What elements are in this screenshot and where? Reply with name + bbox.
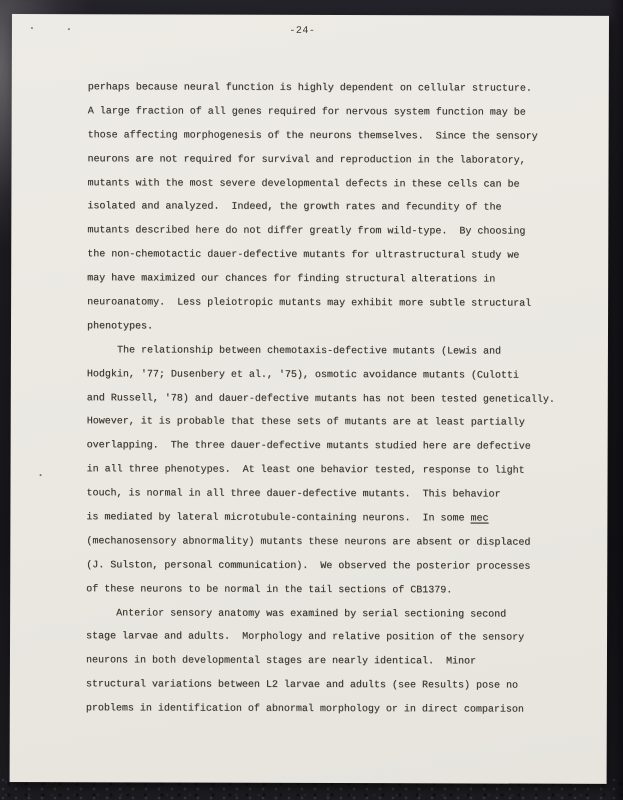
paper-speck	[68, 28, 70, 30]
text-line: mutants described here do not differ gre…	[87, 220, 588, 245]
text-line: Anterior sensory anatomy was examined by…	[86, 602, 587, 627]
background-shadow	[609, 0, 623, 800]
text-line: in all three phenotypes. At least one be…	[87, 458, 588, 483]
text-line: and Russell, '78) and dauer-defective mu…	[87, 387, 588, 412]
text-line: mutants with the most severe development…	[87, 172, 588, 197]
text-line: stage larvae and adults. Morphology and …	[86, 626, 587, 651]
underlined-term: mec	[470, 513, 488, 524]
text-line: A large fraction of all genes required f…	[88, 100, 589, 125]
text-line: overlapping. The three dauer-defective m…	[87, 435, 588, 460]
text-line: the non-chemotactic dauer-defective muta…	[87, 243, 588, 268]
text-line: The relationship between chemotaxis-defe…	[87, 339, 588, 364]
text-line: However, it is probable that these sets …	[87, 411, 588, 436]
text-line: may have maximized our chances for findi…	[87, 267, 588, 292]
page-number: -24-	[4, 25, 601, 38]
text-block: perhaps because neural function is highl…	[86, 76, 589, 723]
text-line: neurons are not required for survival an…	[88, 148, 589, 173]
text-line: perhaps because neural function is highl…	[88, 76, 589, 101]
paper-speck	[40, 474, 42, 476]
text-line: phenotypes.	[87, 315, 588, 340]
text-line: problems in identification of abnormal m…	[86, 697, 587, 722]
text-line: neuroanatomy. Less pleiotropic mutants m…	[87, 291, 588, 316]
text-line: touch, is normal in all three dauer-defe…	[86, 482, 587, 507]
text-line: isolated and analyzed. Indeed, the growt…	[87, 196, 588, 221]
text-line: neurons in both developmental stages are…	[86, 650, 587, 675]
text-line: structural variations between L2 larvae …	[86, 674, 587, 699]
text-line: is mediated by lateral microtubule-conta…	[86, 506, 587, 531]
text-line: of these neurons to be normal in the tai…	[86, 578, 587, 603]
text-line: those affecting morphogenesis of the neu…	[88, 124, 589, 149]
paper-speck	[31, 27, 33, 29]
scanned-page: -24- perhaps because neural function is …	[10, 14, 609, 784]
text-line: Hodgkin, '77; Dusenbery et al., '75), os…	[87, 363, 588, 388]
text-line: (mechanosensory abnormality) mutants the…	[86, 530, 587, 555]
text-line: (J. Sulston, personal communication). We…	[86, 554, 587, 579]
